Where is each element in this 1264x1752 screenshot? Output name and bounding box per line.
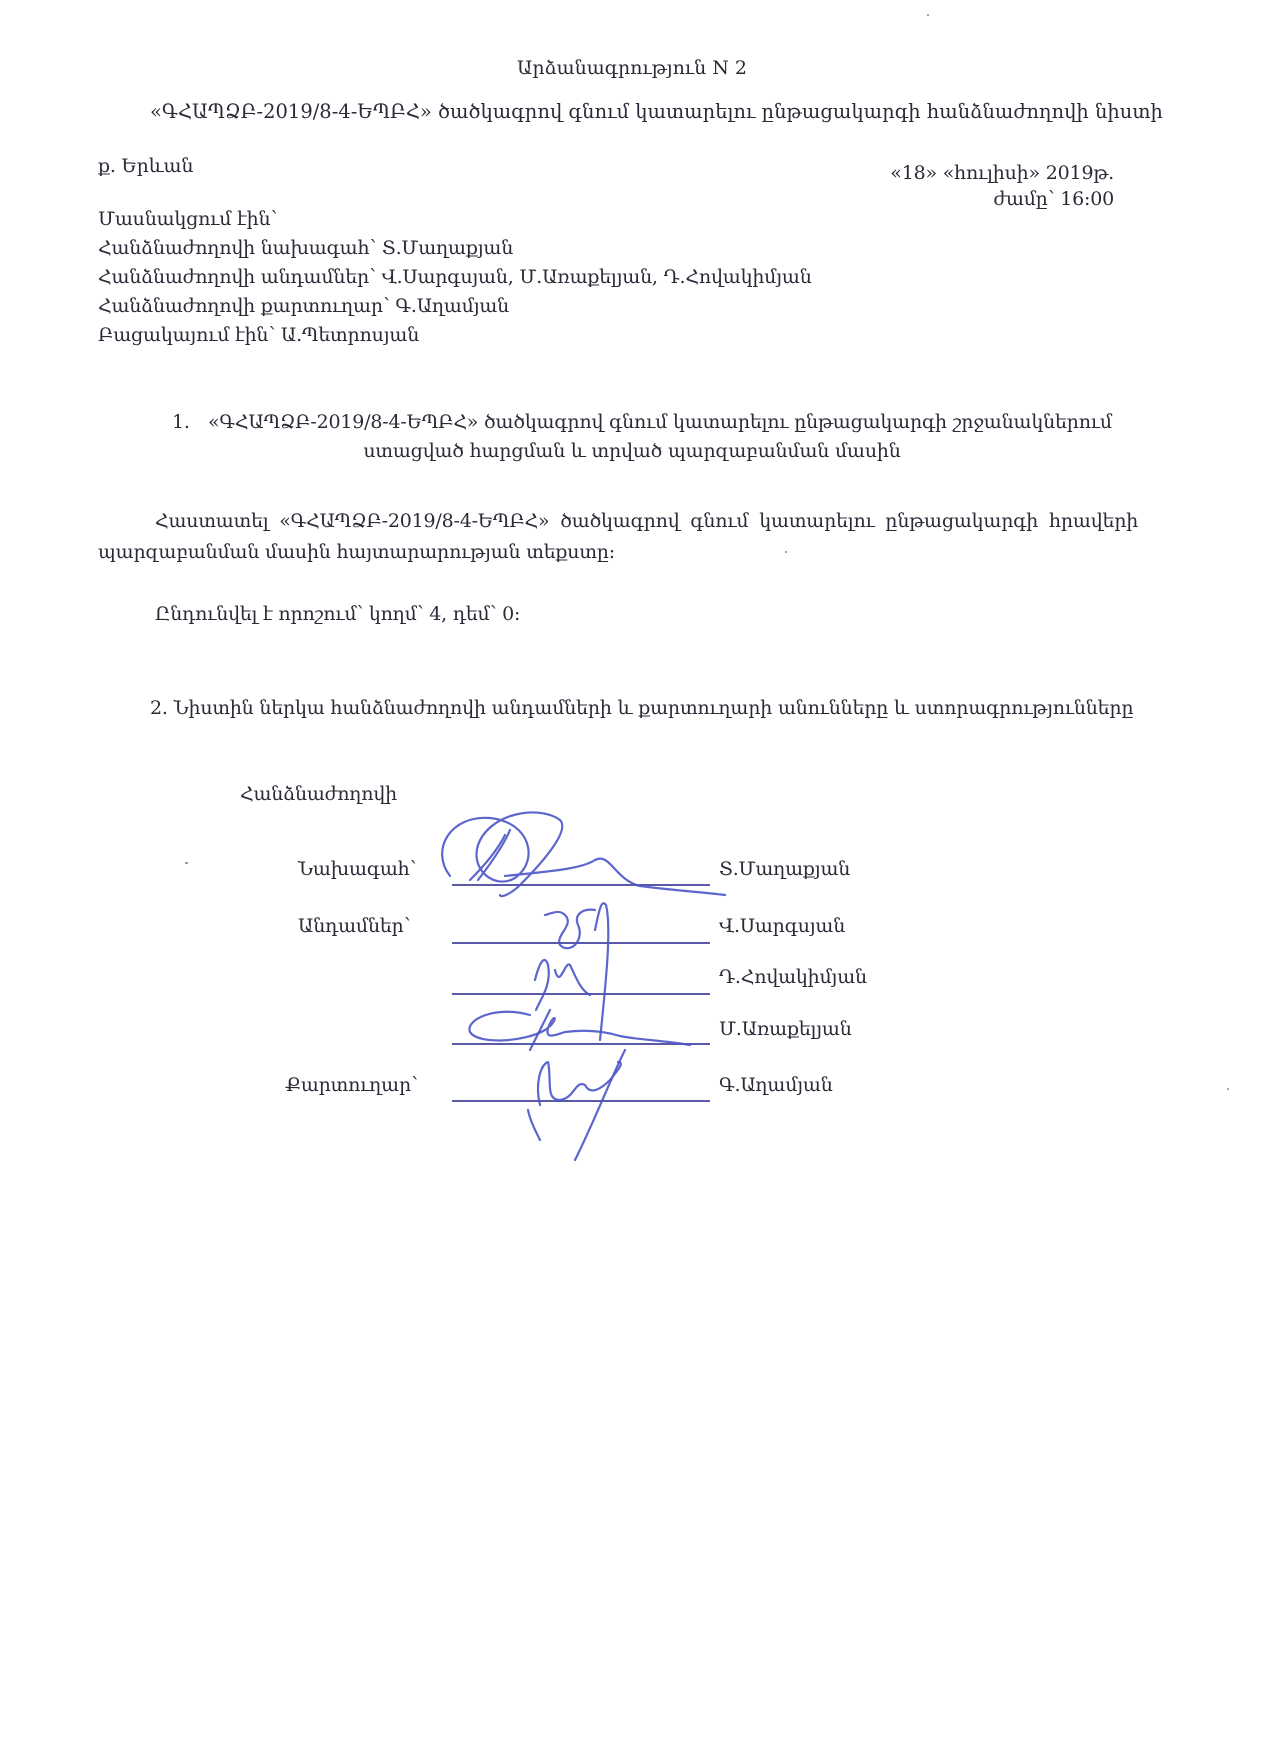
scan-speck xyxy=(185,862,188,864)
scan-speck xyxy=(1227,1088,1229,1090)
scan-speck xyxy=(785,551,787,553)
scan-speck xyxy=(927,14,929,16)
